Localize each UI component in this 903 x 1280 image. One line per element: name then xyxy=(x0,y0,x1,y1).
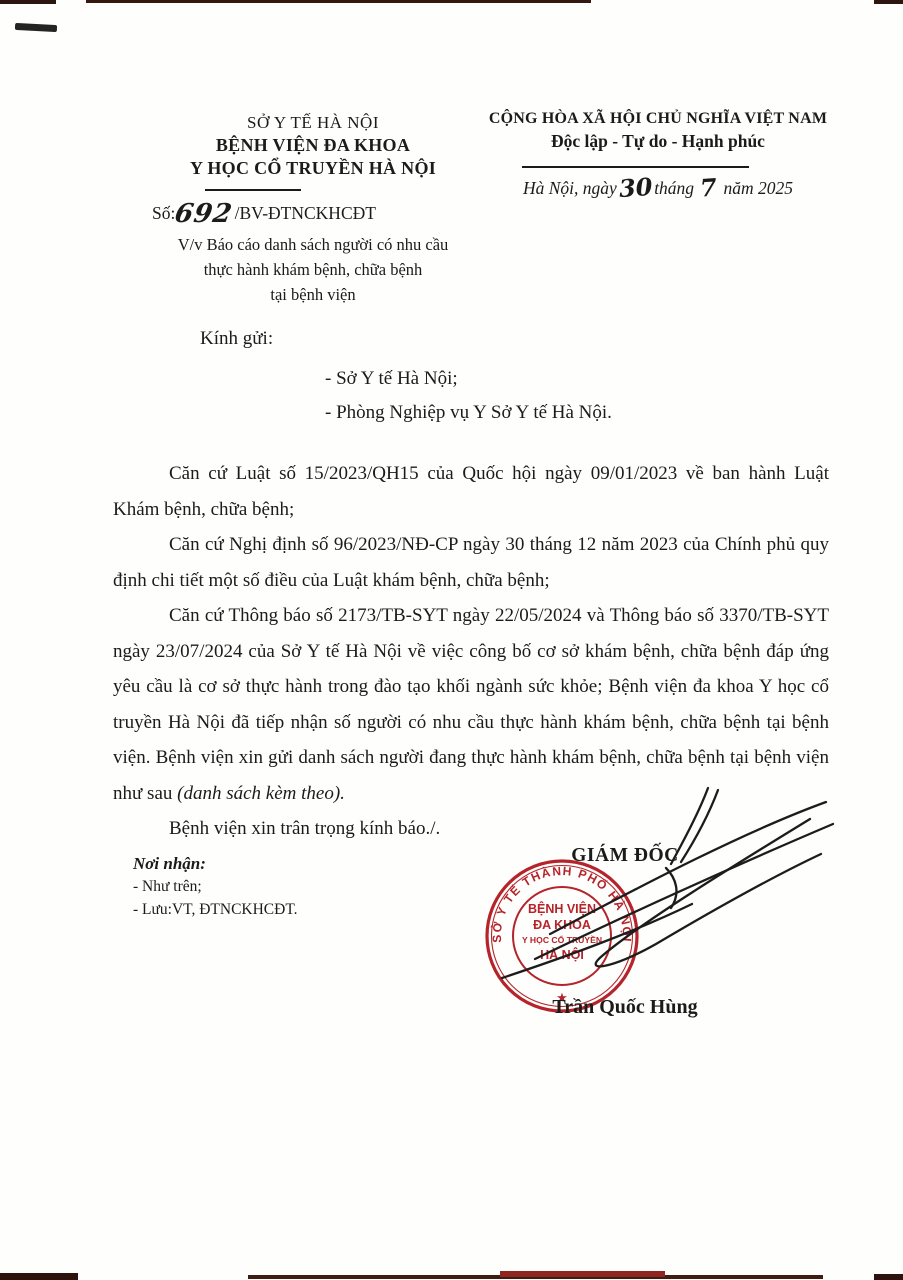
handwritten-day: 30 xyxy=(618,175,653,201)
paragraph-legal-basis-1: Căn cứ Luật số 15/2023/QH15 của Quốc hội… xyxy=(113,456,829,527)
scan-edge-artifact xyxy=(500,1271,665,1277)
subject-block: V/v Báo cáo danh sách người có nhu cầu t… xyxy=(118,232,508,307)
doc-number-prefix: Số: xyxy=(152,203,175,223)
recipient-item: - Phòng Nghiệp vụ Y Sở Y tế Hà Nội. xyxy=(325,396,612,430)
scan-edge-artifact xyxy=(0,0,56,4)
scan-edge-artifact xyxy=(0,1273,78,1280)
national-motto-block: CỘNG HÒA XÃ HỘI CHỦ NGHĨA VIỆT NAM Độc l… xyxy=(448,110,868,152)
recipient-item: - Sở Y tế Hà Nội; xyxy=(325,362,612,396)
handwritten-month: 7 xyxy=(700,175,718,200)
scan-edge-artifact xyxy=(874,0,903,4)
date-pre: Hà Nội, ngày xyxy=(523,178,617,198)
pen-mark-artifact xyxy=(15,23,57,32)
subject-line1: V/v Báo cáo danh sách người có nhu cầu xyxy=(118,232,508,257)
scan-edge-artifact xyxy=(86,0,591,3)
country-name: CỘNG HÒA XÃ HỘI CHỦ NGHĨA VIỆT NAM xyxy=(448,110,868,128)
handwritten-signature xyxy=(480,772,840,1012)
handwritten-doc-number: 692 xyxy=(173,201,235,227)
date-post: năm 2025 xyxy=(724,178,794,198)
recipients-label: Kính gửi: xyxy=(200,328,273,350)
document-page: SỞ Y TẾ HÀ NỘI BỆNH VIỆN ĐA KHOA Y HỌC C… xyxy=(0,0,903,1280)
signer-name: Trần Quốc Hùng xyxy=(450,996,800,1019)
date-mid: tháng xyxy=(654,178,694,198)
paragraph-main-italic-note: (danh sách kèm theo). xyxy=(177,783,345,804)
motto: Độc lập - Tự do - Hạnh phúc xyxy=(448,131,868,152)
noi-nhan-block: Nơi nhận: - Như trên; - Lưu:VT, ĐTNCKHCĐ… xyxy=(133,852,298,921)
motto-underline xyxy=(522,166,749,168)
scan-edge-artifact xyxy=(874,1274,903,1280)
noi-nhan-label: Nơi nhận: xyxy=(133,852,298,875)
date-line: Hà Nội, ngày30tháng 7 năm 2025 xyxy=(448,176,868,200)
subject-line3: tại bệnh viện xyxy=(118,282,508,307)
noi-nhan-item: - Lưu:VT, ĐTNCKHCĐT. xyxy=(133,898,298,921)
subject-line2: thực hành khám bệnh, chữa bệnh xyxy=(118,257,508,282)
doc-number-suffix: /BV-ĐTNCKHCĐT xyxy=(235,203,376,223)
paragraph-legal-basis-2: Căn cứ Nghị định số 96/2023/NĐ-CP ngày 3… xyxy=(113,527,829,598)
noi-nhan-item: - Như trên; xyxy=(133,875,298,898)
recipients-list: - Sở Y tế Hà Nội; - Phòng Nghiệp vụ Y Sở… xyxy=(325,362,612,430)
org-underline xyxy=(205,189,301,191)
doc-number: Số:692/BV-ĐTNCKHCĐT xyxy=(152,201,482,227)
